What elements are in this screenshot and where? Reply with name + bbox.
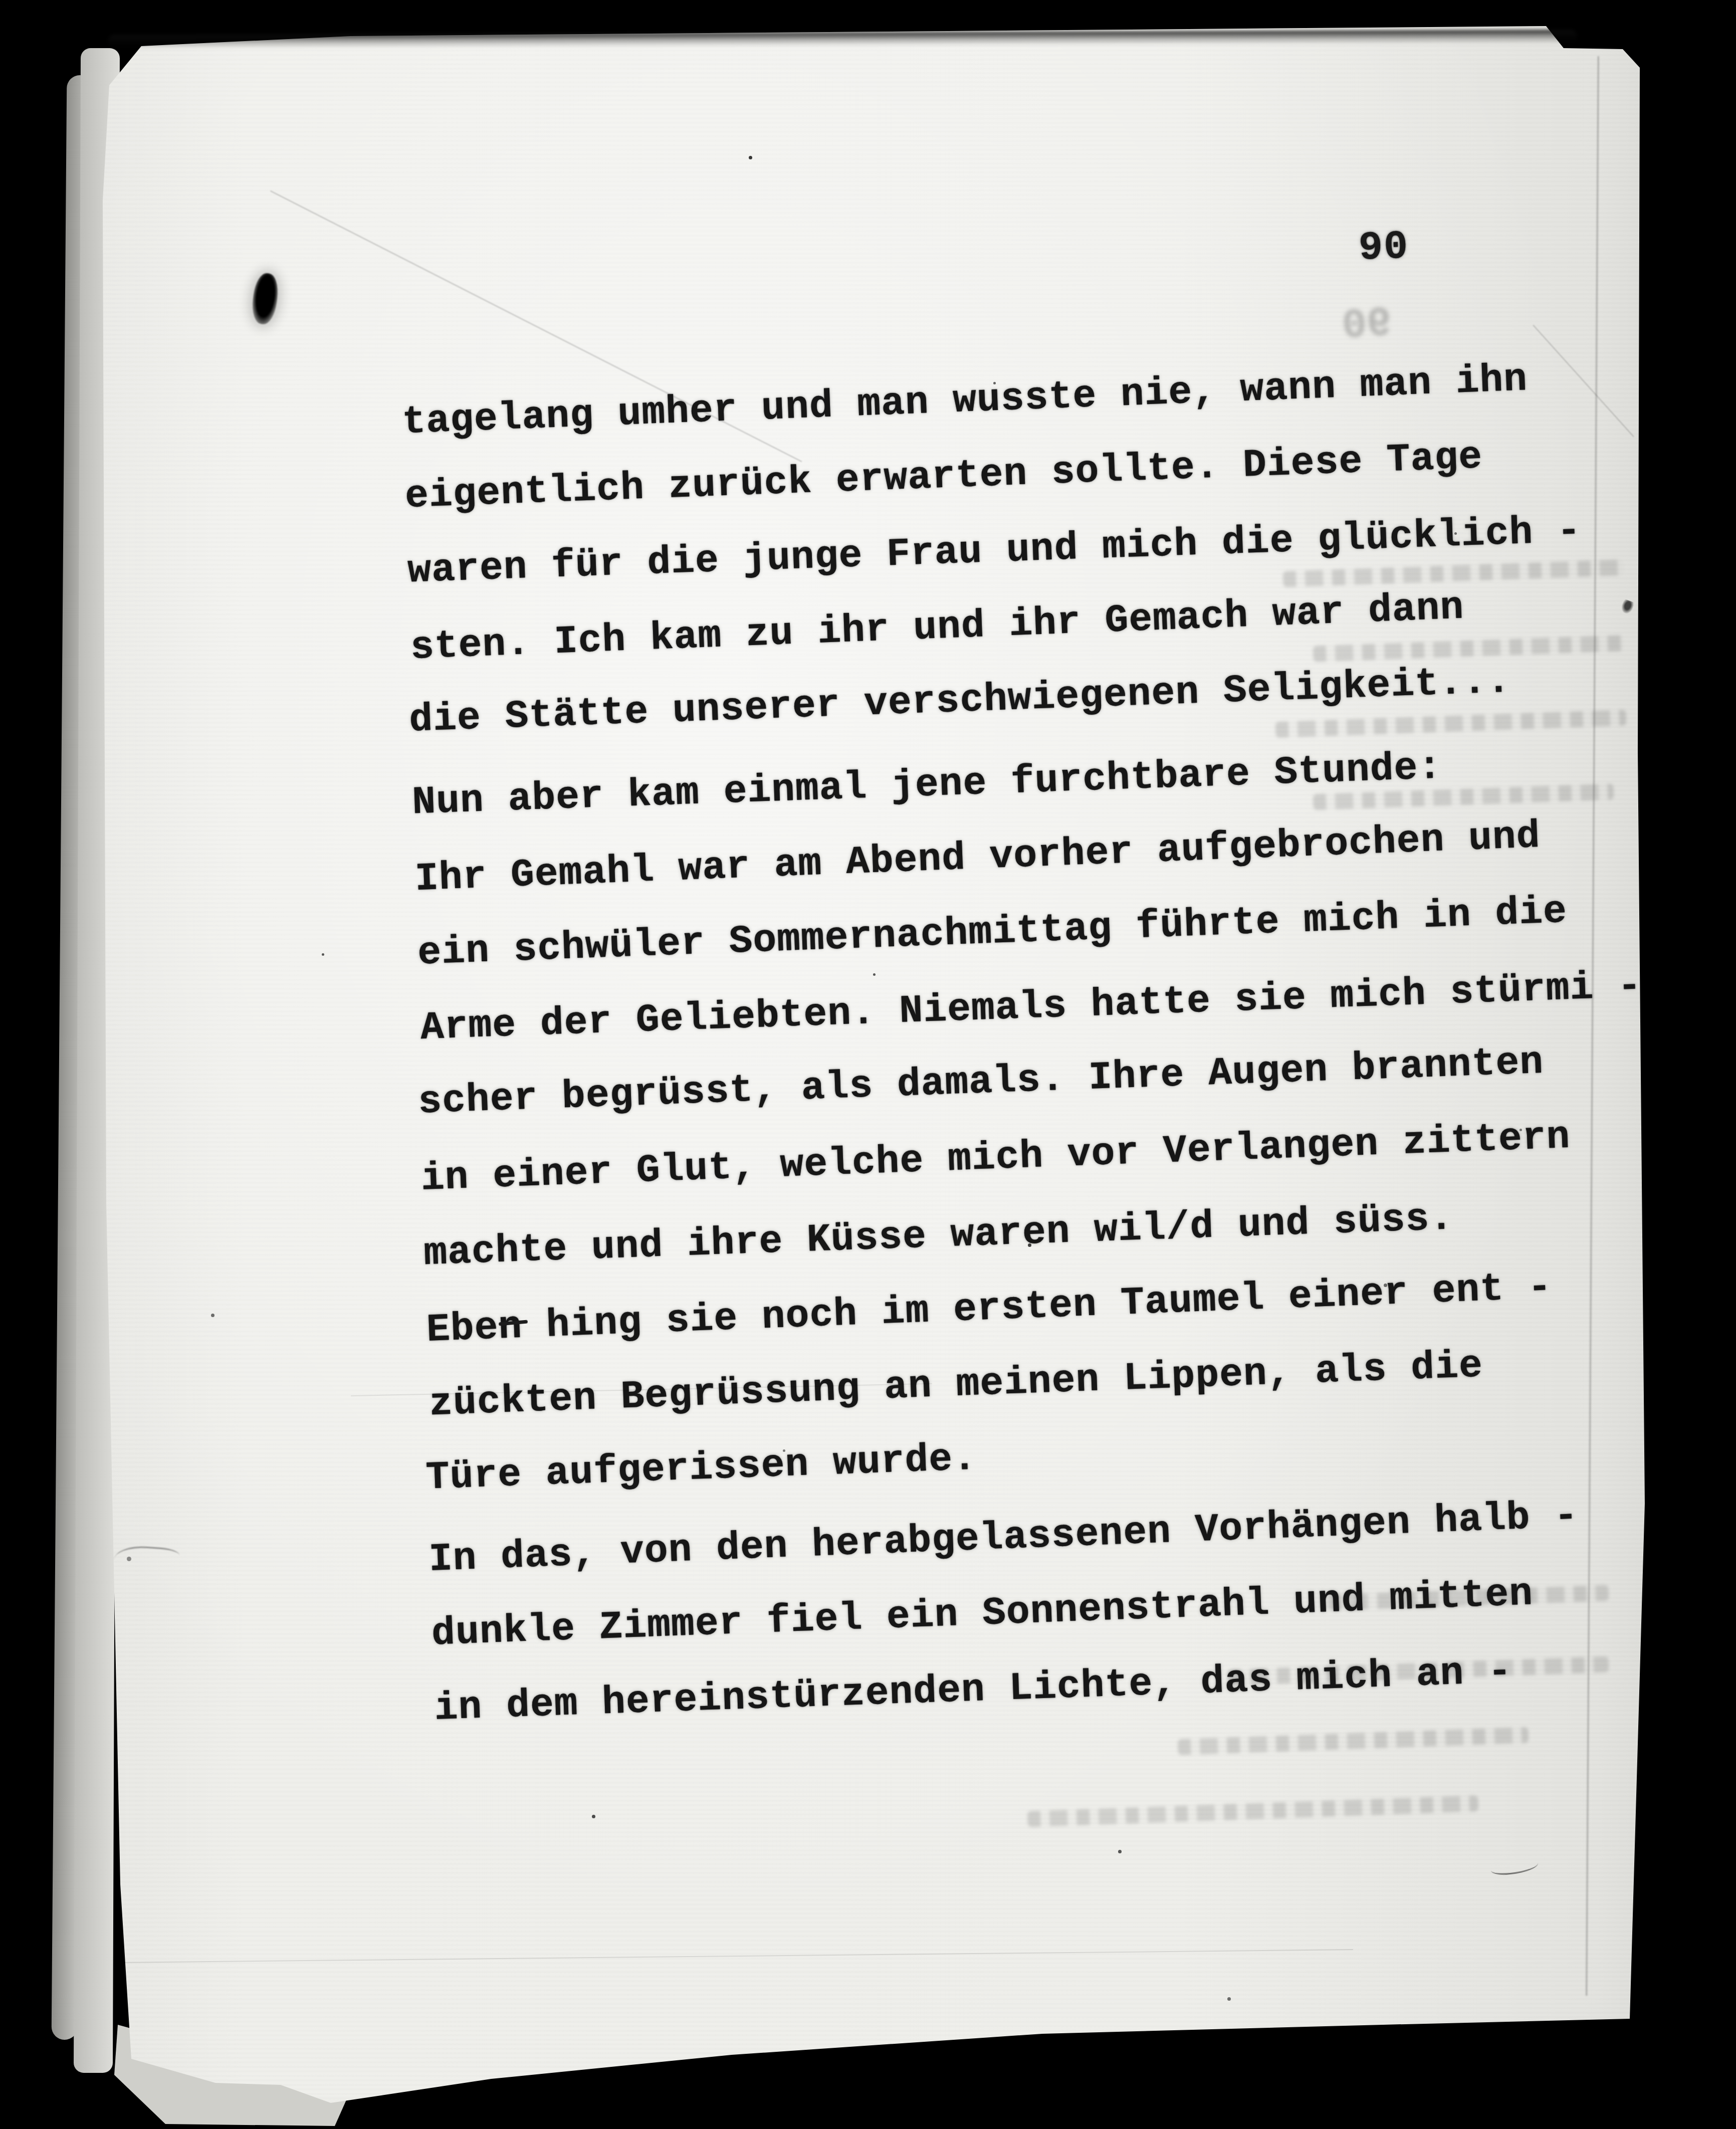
typed-text-block: 90 tagelang umher und man wusste nie, wa… bbox=[351, 338, 1703, 1748]
scanned-document: 90 90 tagelang umher und man wusste nie,… bbox=[0, 0, 1736, 2129]
scan-specks bbox=[0, 0, 3, 3]
ghost-page-number: 90 bbox=[1341, 300, 1393, 350]
typed-lines: tagelang umher und man wusste nie, wann … bbox=[351, 338, 1703, 1748]
page-number: 90 bbox=[1358, 224, 1410, 272]
